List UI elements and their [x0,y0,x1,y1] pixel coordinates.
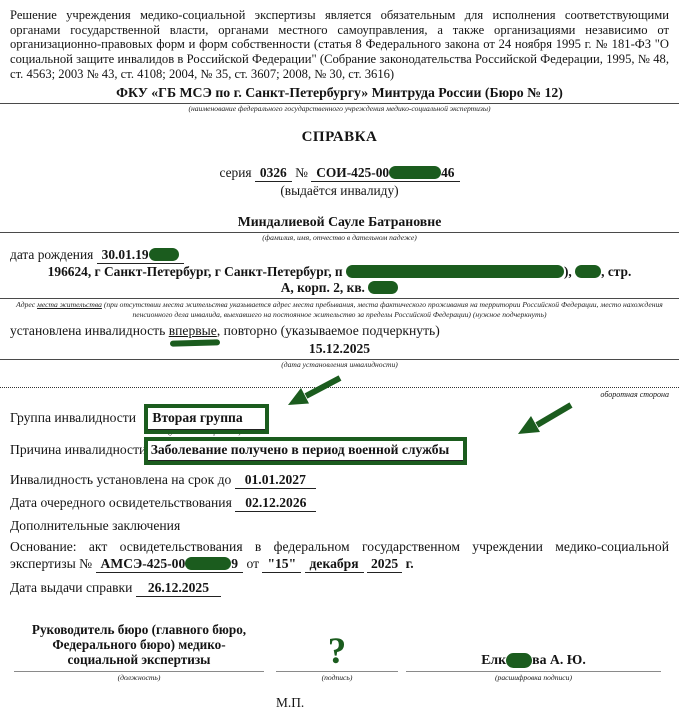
term-label: Инвалидность установлена на срок до [10,472,231,487]
address-note-pre: Адрес [16,300,37,309]
establishment-date: 15.12.2025 [0,341,679,360]
redaction-block [149,248,179,261]
next-exam-value: 02.12.2026 [235,495,316,512]
signature-position-note: (должность) [14,672,264,682]
birth-date-label: дата рождения [10,247,93,262]
redaction-block [575,265,601,278]
number-suffix: 46 [441,165,454,180]
establishment-date-note: (дата установления инвалидности) [10,360,669,370]
address-line1-pre: 196624, г Санкт-Петербург, г Санкт-Петер… [48,264,346,279]
basis-from: от [243,556,262,571]
org-name-note: (наименование федерального государственн… [10,104,669,114]
redaction-block [368,281,398,294]
issue-date-value: 26.12.2025 [136,580,221,597]
number-value: СОИ-425-0046 [311,165,459,182]
redaction-block [506,653,532,668]
basis-day: "15" [262,556,301,573]
cause-label: Причина инвалидности [10,442,146,457]
disability-cause-line: Причина инвалидности Заболевание получен… [10,437,669,465]
number-prefix: СОИ-425-00 [316,165,389,180]
term-value: 01.01.2027 [235,472,316,489]
signature-question-mark: ? [328,635,347,668]
basis-month: декабря [305,556,364,573]
additional-conclusions-line: Дополнительные заключения [10,518,669,534]
established-post: , повторно (указываемое подчеркнуть) [217,323,440,338]
birth-date-text: 30.01.19 [102,247,149,262]
address-value: 196624, г Санкт-Петербург, г Санкт-Петер… [0,264,679,299]
signature-sign-note: (подпись) [276,672,398,682]
cause-value: Заболевание получено в период военной сл… [148,441,464,461]
address-note-post: (при отсутствии места жительства указыва… [102,300,663,319]
recipient-name-note: (фамилия, имя, отчество в дательном паде… [10,233,669,243]
address-line1-end: , стр. [601,264,631,279]
signature-sign-column: ? (подпись) [276,635,398,681]
issue-date-line: Дата выдачи справки 26.12.2025 [10,580,669,596]
address-line2-pre: А, корп. 2, кв. [281,280,369,295]
basis-paragraph: Основание: акт освидетельствования в фед… [10,539,669,573]
number-label: № [295,165,308,180]
birth-date-value: 30.01.19 [97,247,184,264]
group-value: Вторая группа [148,408,264,430]
redaction-block [389,166,441,179]
act-number: АМСЭ-425-009 [96,556,244,573]
issue-date-label: Дата выдачи справки [10,580,132,595]
signature-position-title: Руководитель бюро (главного бюро, Федера… [14,622,264,672]
signatory-name-suffix: ва А. Ю. [532,652,586,668]
address-note: Адрес места жительства (при отсутствии м… [10,300,669,320]
highlight-box-cause: Заболевание получено в период военной сл… [144,437,468,465]
signature-name-note: (расшифровка подписи) [406,672,661,682]
org-name: ФКУ «ГБ МСЭ по г. Санкт-Петербургу» Минт… [0,85,679,104]
recipient-name: Миндалиевой Сауле Батрановне [0,214,679,233]
next-exam-label: Дата очередного освидетельствования [10,495,232,510]
issued-to-note: (выдаётся инвалиду) [10,183,669,199]
reverse-side-note: оборотная сторона [10,390,669,399]
redaction-block [346,265,564,278]
first-time-underlined: впервые [169,323,217,338]
signature-block: Руководитель бюро (главного бюро, Федера… [10,622,669,682]
disability-certificate-page: Решение учреждения медико-социальной экс… [0,0,679,716]
seal-placeholder: М.П. [276,695,304,711]
address-line1-mid: ), [564,264,575,279]
next-exam-line: Дата очередного освидетельствования 02.1… [10,495,669,511]
act-number-suffix: 9 [231,556,238,571]
group-label: Группа инвалидности [10,410,136,425]
act-number-prefix: АМСЭ-425-00 [101,556,186,571]
certificate-title: СПРАВКА [10,129,669,146]
redaction-block [185,557,231,570]
term-line: Инвалидность установлена на срок до 01.0… [10,472,669,488]
series-label: серия [219,165,251,180]
intro-paragraph: Решение учреждения медико-социальной экс… [10,8,669,82]
basis-end: г. [402,556,413,571]
disability-established-line: установлена инвалидность впервые, повтор… [10,323,669,339]
series-line: серия 0326 № СОИ-425-0046 [10,165,669,181]
basis-year: 2025 [367,556,402,573]
page-divider [0,387,679,388]
series-value: 0326 [255,165,292,182]
signature-position-column: Руководитель бюро (главного бюро, Федера… [14,622,264,682]
established-pre: установлена инвалидность [10,323,169,338]
address-note-underlined: места жительства [37,300,102,309]
signatory-name: Елква А. Ю. [406,652,661,672]
signatory-name-prefix: Елк [481,652,506,668]
highlight-box-group: Вторая группа [144,404,268,434]
birth-date-line: дата рождения 30.01.19 [10,247,669,263]
signature-name-column: Елква А. Ю. (расшифровка подписи) [406,652,661,682]
